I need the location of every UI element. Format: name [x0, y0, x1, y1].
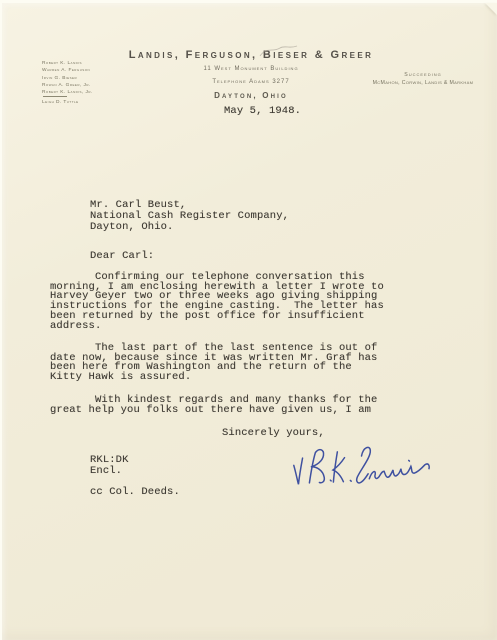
body-paragraph-1: Confirming our telephone conversation th…	[50, 273, 384, 331]
signature-rk-landis	[289, 438, 436, 501]
firm-name: Landis, Ferguson, Bieser & Greer	[100, 49, 402, 61]
stray-pencil-mark	[258, 43, 300, 64]
cc-line: cc Col. Deeds.	[90, 488, 180, 498]
closing-phrase: Sincerely yours,	[222, 429, 325, 439]
salutation: Dear Carl:	[90, 252, 154, 262]
body-paragraph-2: The last part of the last sentence is ou…	[50, 344, 377, 383]
letter-page: Robert K. Landis Warren A. Ferguson Irvi…	[2, 3, 497, 640]
recipient-address: Mr. Carl Beust, National Cash Register C…	[90, 200, 289, 233]
letter-date: May 5, 1948.	[224, 107, 301, 117]
succeeding-label: Succeeding	[352, 72, 494, 78]
associate-name: Leigh D. Tuttle	[42, 100, 79, 105]
staff-divider-rule	[43, 96, 67, 97]
typist-reference-enclosure: RKL:DK Encl.	[90, 455, 129, 477]
page-corner-fold	[485, 3, 497, 15]
succeeding-firm-name: McMahon, Corwin, Landis & Markham	[352, 80, 494, 86]
firm-city: Dayton, Ohio	[100, 91, 402, 100]
body-paragraph-3: With kindest regards and many thanks for…	[50, 396, 377, 415]
